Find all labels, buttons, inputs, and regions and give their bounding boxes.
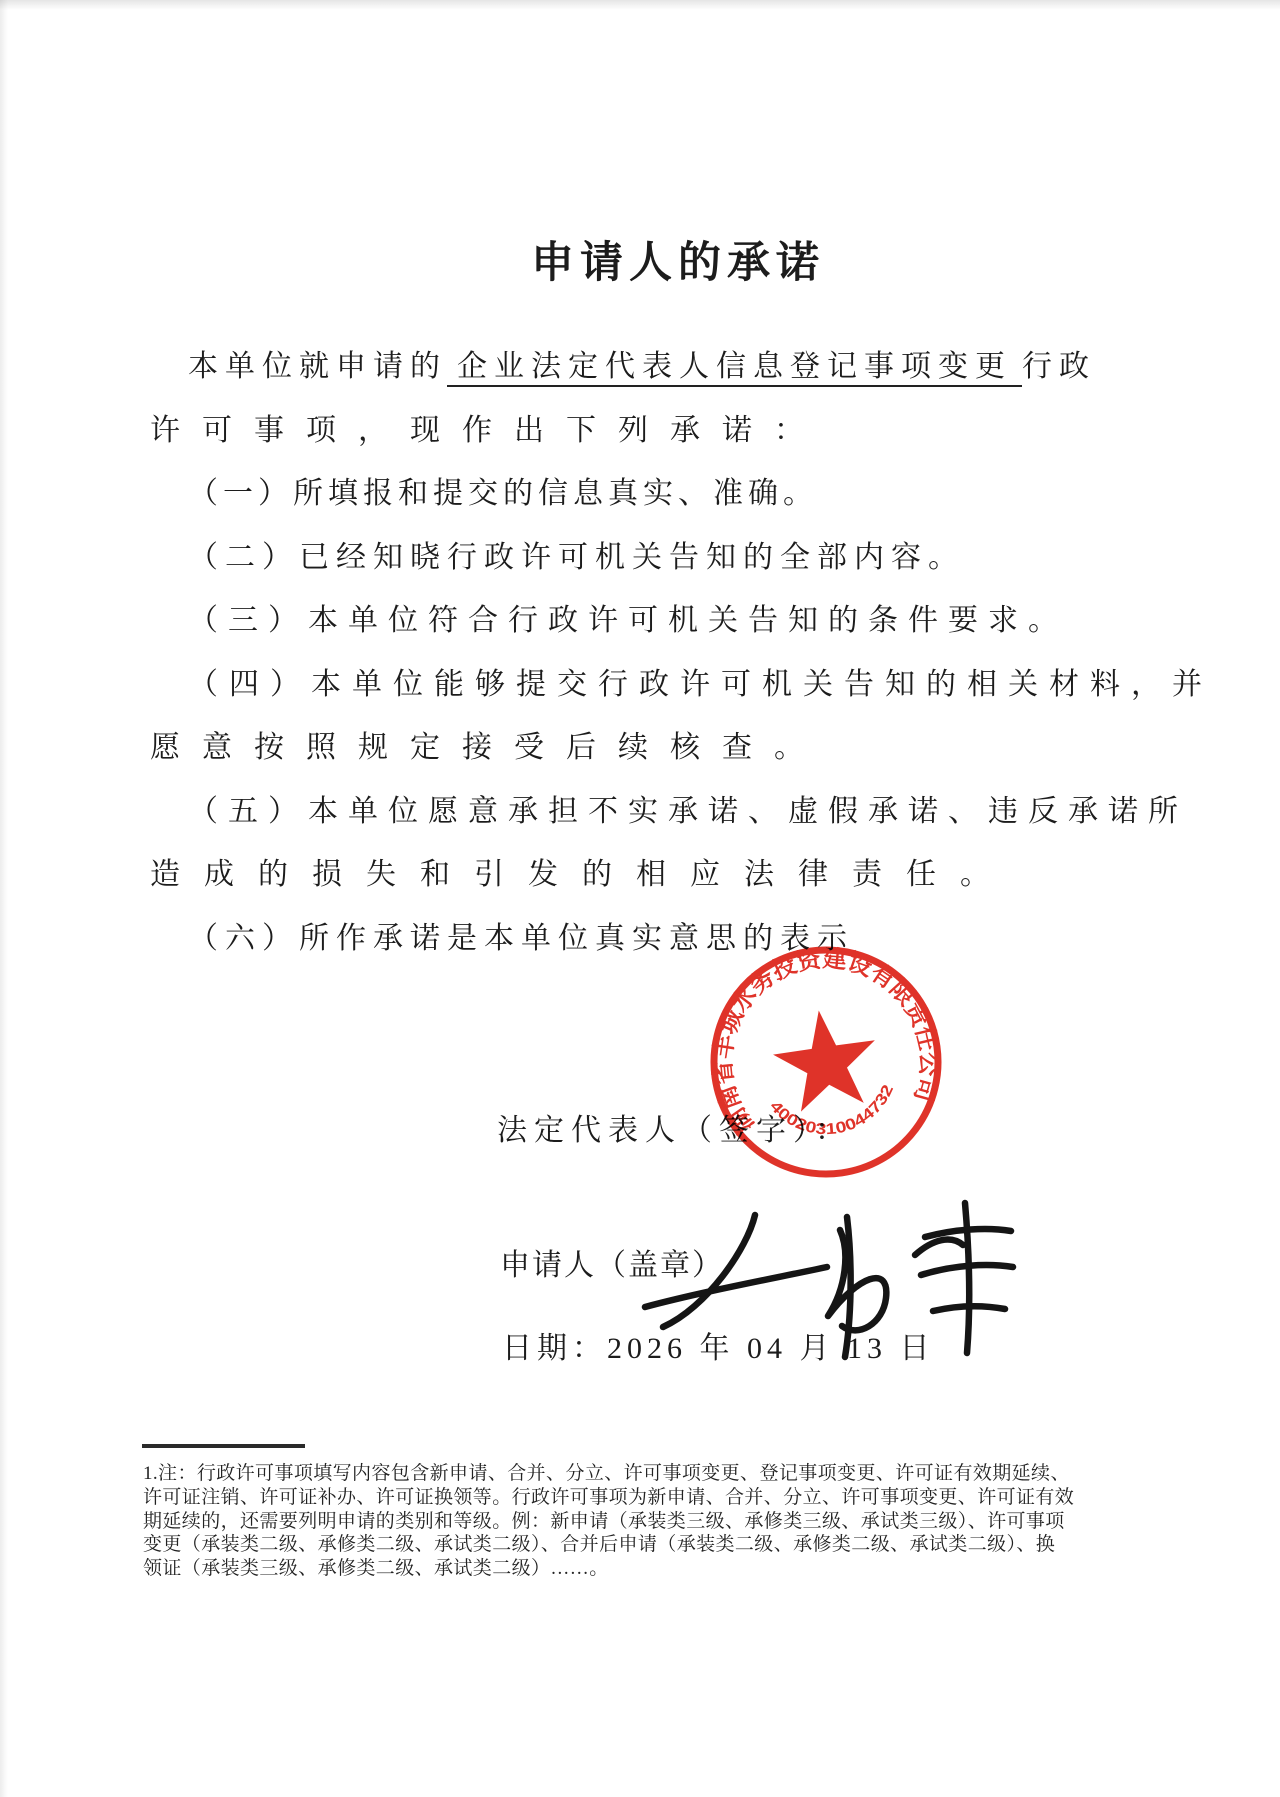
commitment-item-4-cont: 愿意按照规定接受后续核查。 [150, 716, 1150, 780]
seal-registration-number: 40020310044732 [765, 1080, 903, 1146]
license-item-underlined-value: 企业法定代表人信息登记事项变更 [447, 350, 1022, 387]
line1-prefix: 本单位就申请的 [188, 350, 447, 383]
company-seal-stamp: 湖南省丰城水务投资建设有限责任公司 40020310044732 [701, 937, 951, 1187]
commitment-item-5-cont: 造成的损失和引发的相应法律责任。 [150, 843, 1150, 907]
footnote-divider [142, 1444, 305, 1448]
line1-suffix: 行政 [1022, 350, 1096, 383]
document-title: 申请人的承诺 [531, 229, 825, 290]
footnote: 1.注：行政许可事项填写内容包含新申请、合并、分立、许可事项变更、登记事项变更、… [143, 1462, 1158, 1581]
footnote-line: 期延续的，还需要列明申请的类别和等级。例：新申请（承装类三级、承修类三级、承试类… [143, 1510, 1158, 1534]
scan-shadow-top [0, 0, 1280, 10]
svg-text:40020310044732: 40020310044732 [765, 1080, 903, 1146]
footnote-line: 1.注：行政许可事项填写内容包含新申请、合并、分立、许可事项变更、登记事项变更、… [143, 1462, 1158, 1486]
seal-star-icon [768, 1003, 883, 1114]
document-body: 本单位就申请的企业法定代表人信息登记事项变更行政 许可事项，现作出下列承诺： （… [150, 335, 1150, 970]
document-page: 申请人的承诺 本单位就申请的企业法定代表人信息登记事项变更行政 许可事项，现作出… [0, 0, 1280, 1797]
commitment-item-1: （一）所填报和提交的信息真实、准确。 [150, 462, 1150, 526]
paragraph-line: 本单位就申请的企业法定代表人信息登记事项变更行政 [150, 335, 1150, 399]
commitment-item-4: （四）本单位能够提交行政许可机关告知的相关材料，并 [150, 653, 1150, 717]
footnote-line: 许可证注销、许可证补办、许可证换领等。行政许可事项为新申请、合并、分立、许可事项… [143, 1486, 1158, 1510]
handwritten-signature [615, 1195, 1035, 1385]
paragraph-line: 许可事项，现作出下列承诺： [150, 399, 1150, 463]
commitment-item-3: （三）本单位符合行政许可机关告知的条件要求。 [150, 589, 1150, 653]
commitment-item-5: （五）本单位愿意承担不实承诺、虚假承诺、违反承诺所 [150, 780, 1150, 844]
commitment-item-6: （六）所作承诺是本单位真实意思的表示 [150, 907, 1150, 971]
commitment-item-2: （二）已经知晓行政许可机关告知的全部内容。 [150, 526, 1150, 590]
footnote-line: 变更（承装类二级、承修类二级、承试类二级）、合并后申请（承装类二级、承修类二级、… [143, 1533, 1158, 1557]
scan-shadow-left [0, 0, 8, 1797]
footnote-line: 领证（承装类三级、承修类二级、承试类二级）……。 [143, 1557, 1158, 1581]
